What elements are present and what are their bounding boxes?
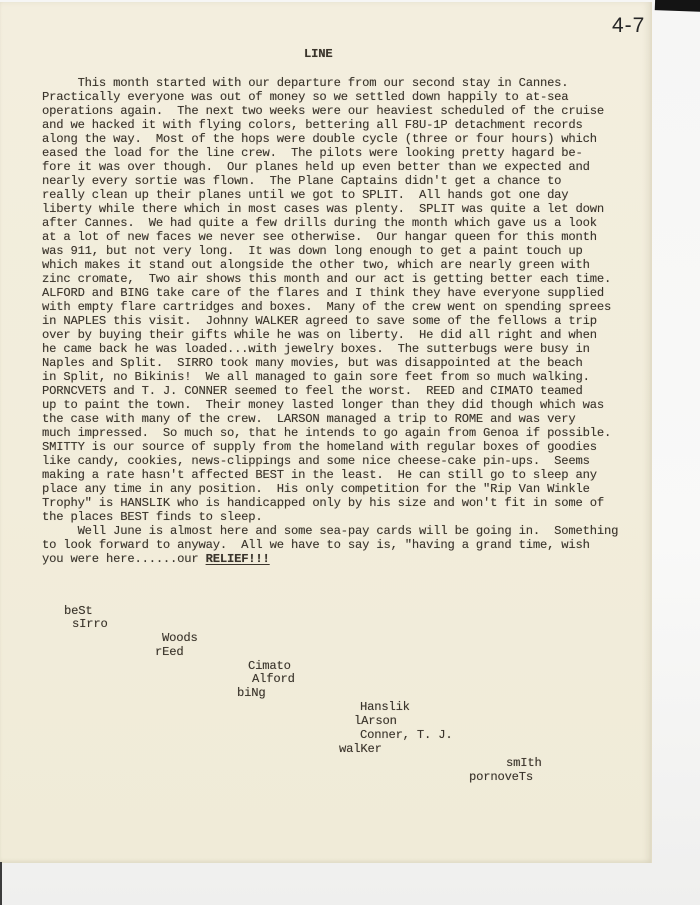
signature-hanslik: Hanslik xyxy=(360,700,410,714)
page-edge-line xyxy=(0,862,2,905)
signature-smith: smIth xyxy=(506,756,542,770)
signature-reed: rEed xyxy=(155,645,183,659)
signature-walker: walKer xyxy=(339,742,382,756)
signature-larson: lArson xyxy=(354,714,397,728)
signature-best: beSt xyxy=(64,604,92,618)
signature-conner: Conner, T. J. xyxy=(360,728,452,742)
signature-cimato: Cimato xyxy=(248,659,291,673)
body-text: This month started with our departure fr… xyxy=(42,76,642,552)
page-number: 4-7 xyxy=(612,14,652,38)
closing-line: you were here......our RELIEF!!! xyxy=(42,552,270,566)
signature-sirro: sIrro xyxy=(72,617,108,631)
scan-corner-artifact xyxy=(655,0,700,12)
signature-alford: Alford xyxy=(252,672,295,686)
signature-woods: Woods xyxy=(162,631,198,645)
closing-prefix: you were here......our xyxy=(42,552,206,566)
signature-pornovets: pornoveTs xyxy=(469,770,533,784)
page-title: LINE xyxy=(304,47,332,61)
closing-emphasis-relief: RELIEF!!! xyxy=(206,552,270,566)
signature-bing: biNg xyxy=(237,686,265,700)
